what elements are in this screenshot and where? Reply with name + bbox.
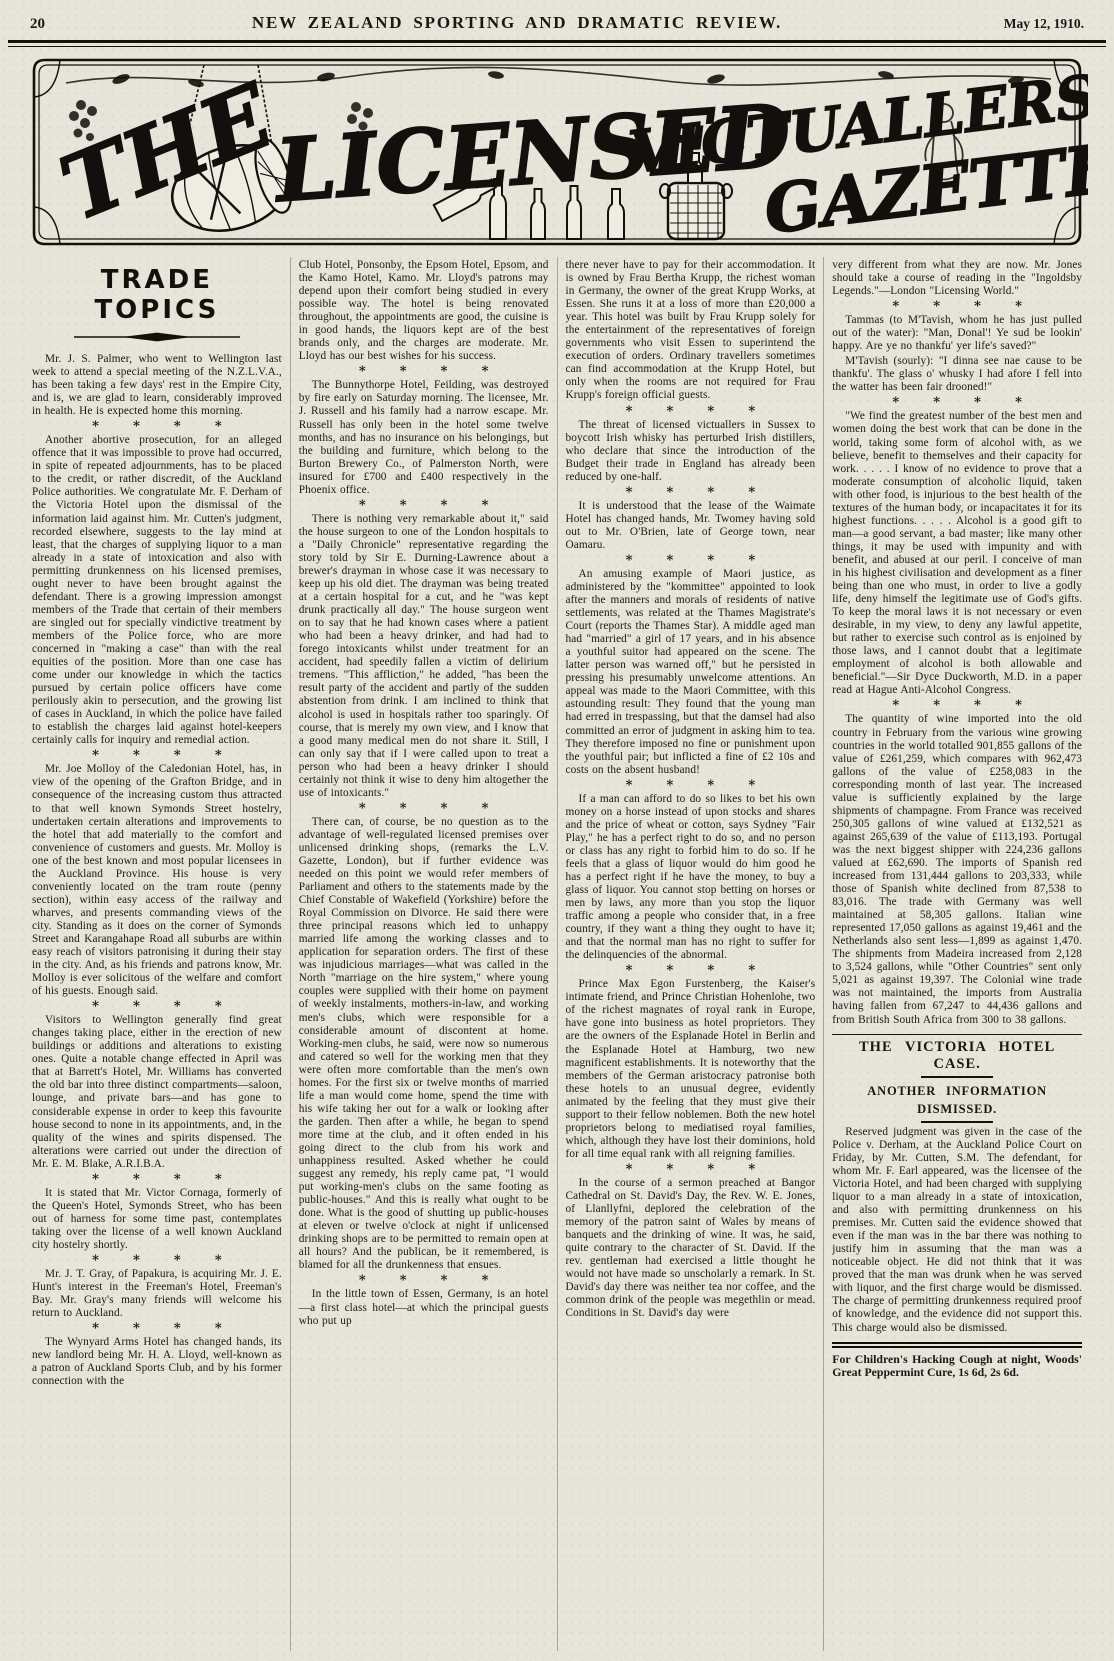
heavy-double-rule bbox=[832, 1342, 1082, 1348]
article-paragraph: there never have to pay for their accomm… bbox=[566, 259, 816, 403]
article-paragraph: The threat of licensed victuallers in Su… bbox=[566, 419, 816, 484]
header-double-rule bbox=[8, 40, 1106, 47]
gazette-masthead: THE LICENSED VICTUALLERS' GAZETTE bbox=[26, 53, 1088, 251]
asterisk-glyph: * bbox=[441, 365, 448, 378]
article-paragraph: "We find the greatest number of the best… bbox=[832, 410, 1082, 697]
asterisk-glyph: * bbox=[482, 365, 489, 378]
article-paragraph: The Wynyard Arms Hotel has changed hands… bbox=[32, 1336, 282, 1388]
asterisk-glyph: * bbox=[974, 699, 981, 712]
star-separator: **** bbox=[566, 554, 816, 567]
star-separator: **** bbox=[566, 779, 816, 792]
asterisk-glyph: * bbox=[707, 964, 714, 977]
asterisk-glyph: * bbox=[667, 554, 674, 567]
star-separator: **** bbox=[566, 1163, 816, 1176]
newspaper-page: { "header": { "page_number": "20", "titl… bbox=[0, 0, 1114, 1661]
asterisk-glyph: * bbox=[92, 1254, 99, 1267]
asterisk-glyph: * bbox=[441, 802, 448, 815]
page-header: 20 NEW ZEALAND SPORTING AND DRAMATIC REV… bbox=[0, 0, 1114, 37]
article-paragraph: If a man can afford to do so likes to be… bbox=[566, 793, 816, 963]
asterisk-glyph: * bbox=[482, 1274, 489, 1287]
article-paragraph: Prince Max Egon Furstenberg, the Kaiser'… bbox=[566, 978, 816, 1161]
asterisk-glyph: * bbox=[748, 554, 755, 567]
asterisk-glyph: * bbox=[92, 749, 99, 762]
article-paragraph: It is stated that Mr. Victor Cornaga, fo… bbox=[32, 1187, 282, 1252]
asterisk-glyph: * bbox=[359, 1274, 366, 1287]
column-2: Club Hotel, Ponsonby, the Epsom Hotel, E… bbox=[290, 257, 557, 1651]
asterisk-glyph: * bbox=[400, 365, 407, 378]
asterisk-glyph: * bbox=[174, 1000, 181, 1013]
star-separator: **** bbox=[832, 699, 1082, 712]
asterisk-glyph: * bbox=[748, 779, 755, 792]
asterisk-glyph: * bbox=[707, 1163, 714, 1176]
star-separator: **** bbox=[32, 420, 282, 433]
asterisk-glyph: * bbox=[174, 1173, 181, 1186]
asterisk-glyph: * bbox=[667, 779, 674, 792]
star-separator: **** bbox=[299, 365, 549, 378]
asterisk-glyph: * bbox=[441, 499, 448, 512]
asterisk-glyph: * bbox=[933, 300, 940, 313]
issue-date: May 12, 1910. bbox=[934, 16, 1084, 32]
article-paragraph: An amusing example of Maori justice, as … bbox=[566, 568, 816, 777]
heading-divider bbox=[72, 331, 242, 343]
asterisk-glyph: * bbox=[215, 420, 222, 433]
star-separator: **** bbox=[832, 300, 1082, 313]
asterisk-glyph: * bbox=[626, 1163, 633, 1176]
article-subheading: ANOTHER INFORMATION DISMISSED. bbox=[866, 1082, 1048, 1118]
asterisk-glyph: * bbox=[133, 749, 140, 762]
asterisk-glyph: * bbox=[174, 420, 181, 433]
star-separator: **** bbox=[299, 802, 549, 815]
article-paragraph: Another abortive prosecution, for an all… bbox=[32, 434, 282, 747]
article-paragraph: It is understood that the lease of the W… bbox=[566, 500, 816, 552]
asterisk-glyph: * bbox=[974, 300, 981, 313]
asterisk-glyph: * bbox=[133, 1254, 140, 1267]
article-paragraph: Mr. J. S. Palmer, who went to Wellington… bbox=[32, 353, 282, 418]
asterisk-glyph: * bbox=[748, 964, 755, 977]
asterisk-glyph: * bbox=[174, 749, 181, 762]
asterisk-glyph: * bbox=[359, 365, 366, 378]
asterisk-glyph: * bbox=[892, 300, 899, 313]
asterisk-glyph: * bbox=[626, 779, 633, 792]
asterisk-glyph: * bbox=[92, 1173, 99, 1186]
asterisk-glyph: * bbox=[215, 1322, 222, 1335]
asterisk-glyph: * bbox=[707, 779, 714, 792]
asterisk-glyph: * bbox=[933, 699, 940, 712]
asterisk-glyph: * bbox=[174, 1322, 181, 1335]
star-separator: **** bbox=[32, 749, 282, 762]
asterisk-glyph: * bbox=[400, 802, 407, 815]
asterisk-glyph: * bbox=[1015, 300, 1022, 313]
asterisk-glyph: * bbox=[667, 1163, 674, 1176]
column-rule bbox=[832, 1034, 1082, 1035]
column-3: there never have to pay for their accomm… bbox=[557, 257, 824, 1651]
article-paragraph: Tammas (to M'Tavish, whom he has just pu… bbox=[832, 314, 1082, 353]
star-separator: **** bbox=[832, 396, 1082, 409]
asterisk-glyph: * bbox=[1015, 699, 1022, 712]
short-center-rule bbox=[921, 1076, 993, 1078]
article-paragraph: Reserved judgment was given in the case … bbox=[832, 1126, 1082, 1335]
asterisk-glyph: * bbox=[92, 1322, 99, 1335]
asterisk-glyph: * bbox=[133, 1322, 140, 1335]
asterisk-glyph: * bbox=[748, 405, 755, 418]
asterisk-glyph: * bbox=[215, 1173, 222, 1186]
article-paragraph: Mr. J. T. Gray, of Papakura, is acquirin… bbox=[32, 1268, 282, 1320]
article-heading: THE VICTORIA HOTEL CASE. bbox=[832, 1039, 1082, 1073]
star-separator: **** bbox=[299, 499, 549, 512]
star-separator: **** bbox=[32, 1254, 282, 1267]
article-paragraph: M'Tavish (sourly): "I dinna see nae caus… bbox=[832, 355, 1082, 394]
asterisk-glyph: * bbox=[215, 749, 222, 762]
masthead-illustration: THE LICENSED VICTUALLERS' GAZETTE bbox=[26, 53, 1088, 251]
asterisk-glyph: * bbox=[92, 420, 99, 433]
asterisk-glyph: * bbox=[1015, 396, 1022, 409]
star-separator: **** bbox=[32, 1000, 282, 1013]
article-paragraph: There is nothing very remarkable about i… bbox=[299, 513, 549, 800]
asterisk-glyph: * bbox=[626, 405, 633, 418]
classified-ad: For Children's Hacking Cough at night, W… bbox=[832, 1353, 1082, 1381]
column-1: TRADE TOPICSMr. J. S. Palmer, who went t… bbox=[24, 257, 290, 1651]
article-paragraph: The quantity of wine imported into the o… bbox=[832, 713, 1082, 1026]
asterisk-glyph: * bbox=[707, 486, 714, 499]
asterisk-glyph: * bbox=[626, 554, 633, 567]
asterisk-glyph: * bbox=[667, 964, 674, 977]
asterisk-glyph: * bbox=[133, 420, 140, 433]
article-paragraph: very different from what they are now. M… bbox=[832, 259, 1082, 298]
asterisk-glyph: * bbox=[626, 964, 633, 977]
asterisk-glyph: * bbox=[933, 396, 940, 409]
asterisk-glyph: * bbox=[707, 554, 714, 567]
column-4: very different from what they are now. M… bbox=[823, 257, 1090, 1651]
asterisk-glyph: * bbox=[974, 396, 981, 409]
asterisk-glyph: * bbox=[892, 699, 899, 712]
article-paragraph: Mr. Joe Molloy of the Caledonian Hotel, … bbox=[32, 763, 282, 998]
star-separator: **** bbox=[32, 1173, 282, 1186]
asterisk-glyph: * bbox=[707, 405, 714, 418]
article-paragraph: Visitors to Wellington generally find gr… bbox=[32, 1014, 282, 1171]
asterisk-glyph: * bbox=[892, 396, 899, 409]
section-title: TRADE TOPICS bbox=[32, 265, 282, 325]
article-paragraph: There can, of course, be no question as … bbox=[299, 816, 549, 1273]
asterisk-glyph: * bbox=[174, 1254, 181, 1267]
article-paragraph: Club Hotel, Ponsonby, the Epsom Hotel, E… bbox=[299, 259, 549, 363]
asterisk-glyph: * bbox=[92, 1000, 99, 1013]
star-separator: **** bbox=[299, 1274, 549, 1287]
asterisk-glyph: * bbox=[482, 499, 489, 512]
asterisk-glyph: * bbox=[626, 486, 633, 499]
star-separator: **** bbox=[566, 405, 816, 418]
asterisk-glyph: * bbox=[667, 486, 674, 499]
asterisk-glyph: * bbox=[667, 405, 674, 418]
page-number: 20 bbox=[30, 16, 100, 33]
asterisk-glyph: * bbox=[133, 1173, 140, 1186]
asterisk-glyph: * bbox=[748, 1163, 755, 1176]
article-paragraph: In the little town of Essen, Germany, is… bbox=[299, 1288, 549, 1327]
star-separator: **** bbox=[32, 1322, 282, 1335]
article-columns: TRADE TOPICSMr. J. S. Palmer, who went t… bbox=[0, 257, 1114, 1651]
asterisk-glyph: * bbox=[400, 499, 407, 512]
asterisk-glyph: * bbox=[359, 499, 366, 512]
asterisk-glyph: * bbox=[441, 1274, 448, 1287]
asterisk-glyph: * bbox=[400, 1274, 407, 1287]
article-paragraph: In the course of a sermon preached at Ba… bbox=[566, 1177, 816, 1321]
asterisk-glyph: * bbox=[482, 802, 489, 815]
star-separator: **** bbox=[566, 964, 816, 977]
star-separator: **** bbox=[566, 486, 816, 499]
asterisk-glyph: * bbox=[359, 802, 366, 815]
article-paragraph: The Bunnythorpe Hotel, Feilding, was des… bbox=[299, 379, 549, 496]
paper-title: NEW ZEALAND SPORTING AND DRAMATIC REVIEW… bbox=[100, 13, 934, 33]
short-center-rule bbox=[921, 1121, 993, 1123]
asterisk-glyph: * bbox=[748, 486, 755, 499]
asterisk-glyph: * bbox=[215, 1254, 222, 1267]
asterisk-glyph: * bbox=[133, 1000, 140, 1013]
trade-topics-heading-block: TRADE TOPICS bbox=[32, 265, 282, 343]
asterisk-glyph: * bbox=[215, 1000, 222, 1013]
